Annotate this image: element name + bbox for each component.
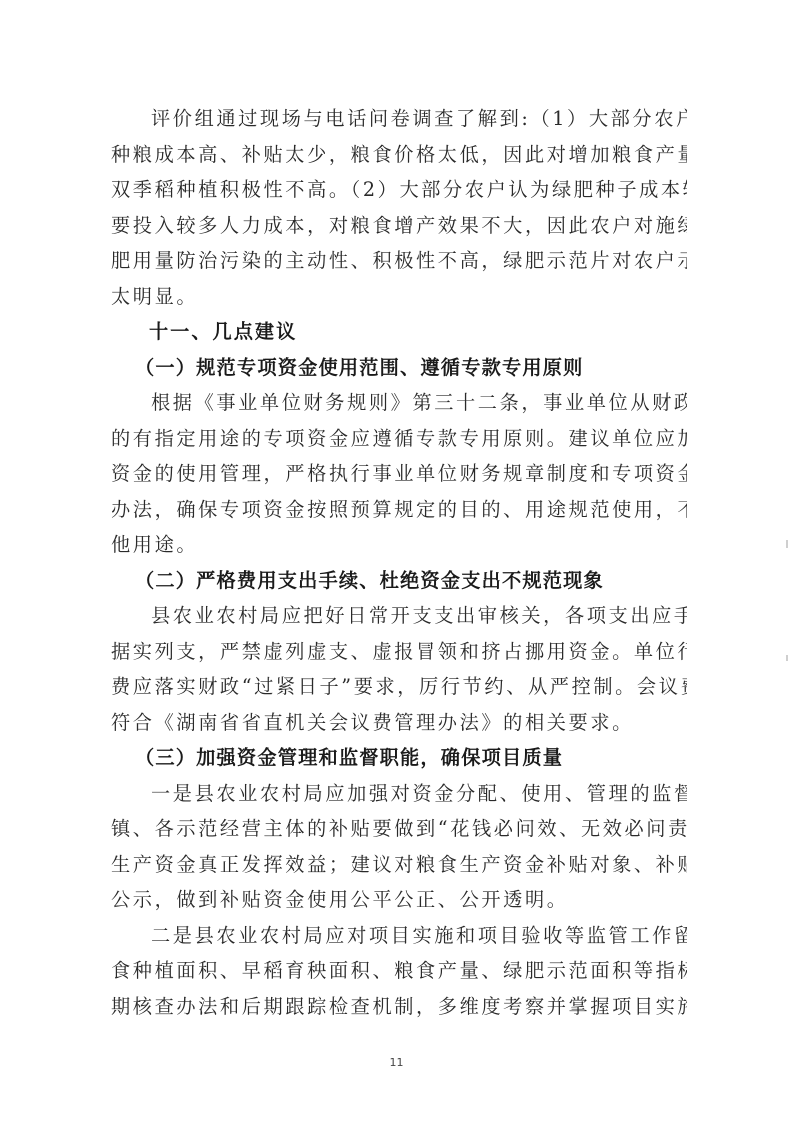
text-line: 种粮成本高、补贴太少，粮食价格太低，因此对增加粮食产量、特别是 <box>111 137 687 173</box>
text-line: 太明显。 <box>111 279 687 315</box>
text-line: 他用途。 <box>111 527 687 563</box>
text-line: 要投入较多人力成本，对粮食增产效果不大，因此农户对施绿肥减少化 <box>111 208 687 244</box>
section-heading-suggestions: 十一、几点建议 <box>111 314 687 350</box>
subsection-heading-1: （一）规范专项资金使用范围、遵循专款专用原则 <box>111 350 687 386</box>
subsection-heading-2: （二）严格费用支出手续、杜绝资金支出不规范现象 <box>111 563 687 599</box>
paragraph-survey-findings: 评价组通过现场与电话问卷调查了解到:（1）大部分农户认为现在 种粮成本高、补贴太… <box>111 101 687 314</box>
text-line: 镇、各示范经营主体的补贴要做到“花钱必问效、无效必问责”，让粮食 <box>111 811 687 847</box>
text-line: 根据《事业单位财务规则》第三十二条，事业单位从财政部门取得 <box>111 385 687 421</box>
text-line: 二是县农业农村局应对项目实施和项目验收等监管工作留痕，对粮 <box>111 918 687 954</box>
paragraph-expense-procedures: 县农业农村局应把好日常开支支出审核关，各项支出应手续完整， 据实列支，严禁虚列虚… <box>111 598 687 740</box>
text-line: 资金的使用管理，严格执行事业单位财务规章制度和专项资金使用管理 <box>111 456 687 492</box>
text-line: 公示，做到补贴资金使用公平公正、公开透明。 <box>111 882 687 918</box>
text-line: 符合《湖南省省直机关会议费管理办法》的相关要求。 <box>111 705 687 741</box>
text-line: 期核查办法和后期跟踪检查机制，多维度考察并掌握项目实施的真实效 <box>111 989 687 1025</box>
paragraph-special-funds: 根据《事业单位财务规则》第三十二条，事业单位从财政部门取得 的有指定用途的专项资… <box>111 385 687 563</box>
subsection-heading-3: （三）加强资金管理和监督职能，确保项目质量 <box>111 740 687 776</box>
text-line: 据实列支，严禁虚列虚支、虚报冒领和挤占挪用资金。单位行政办公经 <box>111 634 687 670</box>
text-line: 的有指定用途的专项资金应遵循专款专用原则。建议单位应加强对专项 <box>111 421 687 457</box>
text-line: 双季稻种植积极性不高。（2）大部分农户认为绿肥种子成本较高，且需 <box>111 172 687 208</box>
paragraph-fund-supervision: 一是县农业农村局应加强对资金分配、使用、管理的监督，对各乡 镇、各示范经营主体的… <box>111 776 687 918</box>
scan-artifact <box>786 540 788 548</box>
paragraph-project-monitoring: 二是县农业农村局应对项目实施和项目验收等监管工作留痕，对粮 食种植面积、早稻育秧… <box>111 918 687 1025</box>
text-line: 费应落实财政“过紧日子”要求，厉行节约、从严控制。会议费支出应 <box>111 669 687 705</box>
text-line: 食种植面积、早稻育秧面积、粮食产量、绿肥示范面积等指标制订不定 <box>111 953 687 989</box>
text-line: 评价组通过现场与电话问卷调查了解到:（1）大部分农户认为现在 <box>111 101 687 137</box>
text-line: 肥用量防治污染的主动性、积极性不高，绿肥示范片对农户示范效果不 <box>111 243 687 279</box>
scan-artifact <box>786 655 788 661</box>
document-page: 评价组通过现场与电话问卷调查了解到:（1）大部分农户认为现在 种粮成本高、补贴太… <box>111 101 687 1024</box>
text-line: 县农业农村局应把好日常开支支出审核关，各项支出应手续完整， <box>111 598 687 634</box>
text-line: 一是县农业农村局应加强对资金分配、使用、管理的监督，对各乡 <box>111 776 687 812</box>
page-number: 11 <box>0 1056 793 1069</box>
text-line: 办法，确保专项资金按照预算规定的目的、用途规范使用，不得挪作其 <box>111 492 687 528</box>
text-line: 生产资金真正发挥效益；建议对粮食生产资金补贴对象、补贴标准张榜 <box>111 847 687 883</box>
